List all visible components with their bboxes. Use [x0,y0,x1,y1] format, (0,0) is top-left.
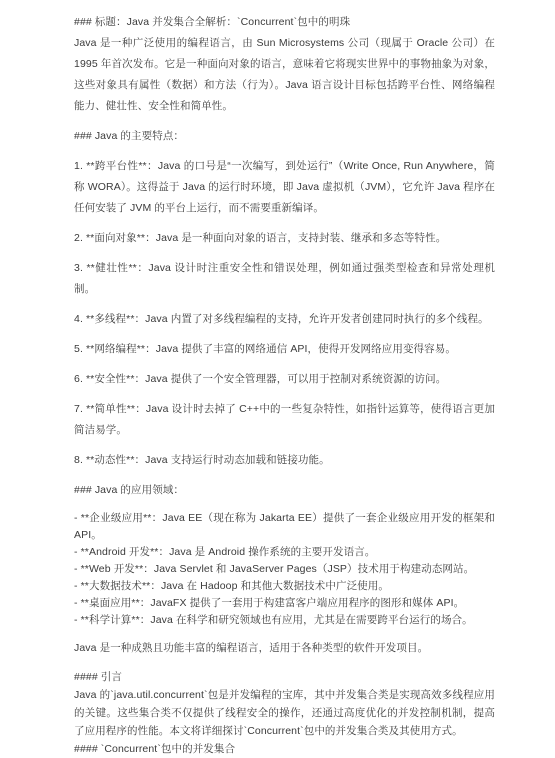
application-item-1: - **企业级应用**：Java EE（现在称为 Jakarta EE）提供了一… [74,510,495,544]
feature-item-2: 2. **面向对象**：Java 是一种面向对象的语言，支持封装、继承和多态等特… [74,228,495,249]
application-item-6: - **科学计算**：Java 在科学和研究领域也有应用，尤其是在需要跨平台运行… [74,612,495,629]
doc-title-line: ### 标题：Java 并发集合全解析：`Concurrent`包中的明珠 [74,12,495,33]
applications-list: - **企业级应用**：Java EE（现在称为 Jakarta EE）提供了一… [74,510,495,629]
concurrent-section: #### 引言 Java 的`java.util.concurrent`包是并发… [74,668,495,751]
feature-item-1: 1. **跨平台性**：Java 的口号是“一次编写，到处运行”（Write O… [74,156,495,219]
closing-paragraph: Java 是一种成熟且功能丰富的编程语言，适用于各种类型的软件开发项目。 [74,638,495,659]
feature-item-8: 8. **动态性**：Java 支持运行时动态加载和链接功能。 [74,450,495,471]
features-heading: ### Java 的主要特点： [74,126,495,147]
section3-heading: #### `Concurrent`包中的并发集合 [74,740,495,751]
feature-item-5: 5. **网络编程**：Java 提供了丰富的网络通信 API，使得开发网络应用… [74,339,495,360]
feature-item-4: 4. **多线程**：Java 内置了对多线程编程的支持，允许开发者创建同时执行… [74,309,495,330]
intro-paragraph: Java 是一种广泛使用的编程语言，由 Sun Microsystems 公司（… [74,33,495,117]
application-item-2: - **Android 开发**：Java 是 Android 操作系统的主要开… [74,544,495,561]
application-item-3: - **Web 开发**：Java Servlet 和 JavaServer P… [74,561,495,578]
feature-item-7: 7. **简单性**：Java 设计时去掉了 C++中的一些复杂特性，如指针运算… [74,399,495,441]
feature-item-6: 6. **安全性**：Java 提供了一个安全管理器，可以用于控制对系统资源的访… [74,369,495,390]
section2-paragraph: Java 的`java.util.concurrent`包是并发编程的宝库，其中… [74,686,495,740]
application-item-4: - **大数据技术**：Java 在 Hadoop 和其他大数据技术中广泛使用。 [74,578,495,595]
applications-heading: ### Java 的应用领域： [74,480,495,501]
feature-item-3: 3. **健壮性**：Java 设计时注重安全性和错误处理，例如通过强类型检查和… [74,258,495,300]
section2-heading: #### 引言 [74,668,495,686]
application-item-5: - **桌面应用**：JavaFX 提供了一套用于构建富客户端应用程序的图形和媒… [74,595,495,612]
document-page: ### 标题：Java 并发集合全解析：`Concurrent`包中的明珠 Ja… [74,12,495,751]
